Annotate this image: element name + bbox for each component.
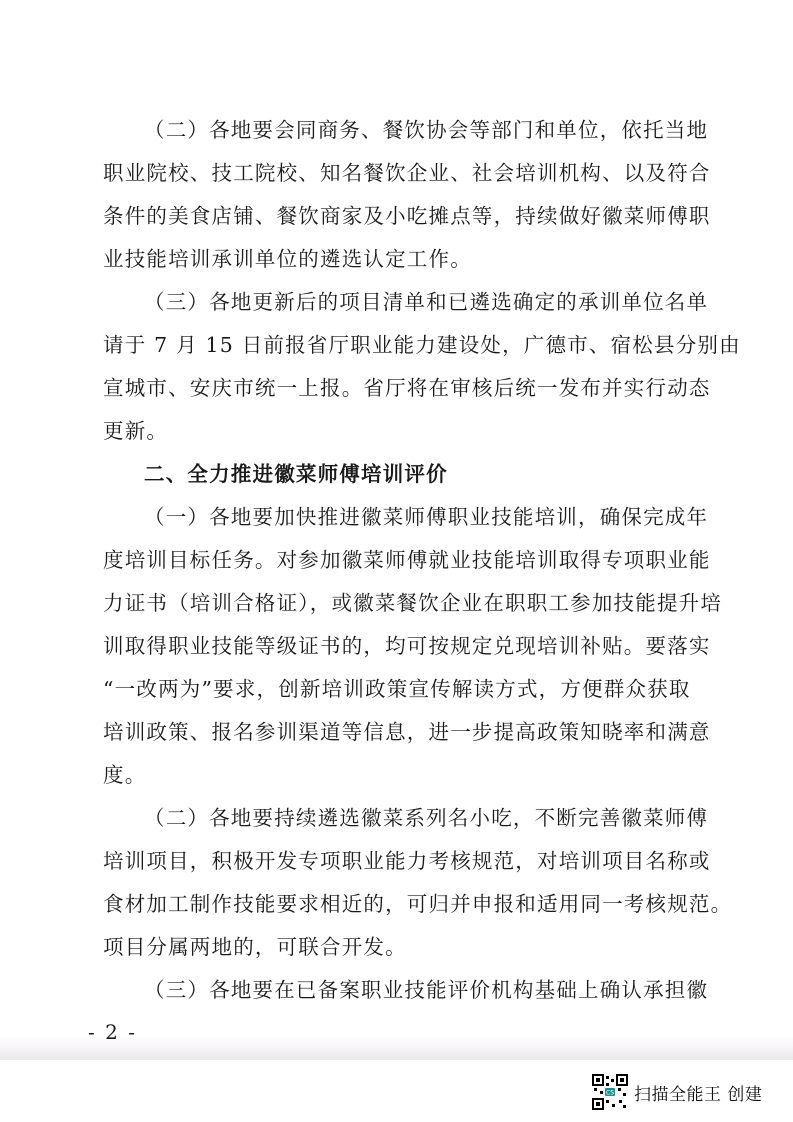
paragraph-line: （一）各地要加快推进徽菜师傅职业技能培训，确保完成年 [144,505,744,529]
watermark-text: 扫描全能王 创建 [634,1080,762,1105]
svg-text:CS: CS [606,1090,614,1097]
page-number: - 2 - [88,1020,137,1044]
paragraph-line: （三）各地要在已备案职业技能评价机构基础上确认承担徽 [144,978,744,1002]
paragraph-line: “一改两为”要求，创新培训政策宣传解读方式，方便群众获取 [103,677,703,701]
paragraph-line: （二）各地要会同商务、餐饮协会等部门和单位，依托当地 [144,118,744,142]
document-page: （二）各地要会同商务、餐饮协会等部门和单位，依托当地职业院校、技工院校、知名餐饮… [0,0,793,1122]
paragraph-line: 项目分属两地的，可联合开发。 [103,935,703,959]
paragraph-line: 食材加工制作技能要求相近的，可归并申报和适用同一考核规范。 [103,892,703,916]
qr-code-icon: CS [592,1074,628,1110]
paragraph-line: 培训项目，积极开发专项职业能力考核规范，对培训项目名称或 [103,849,703,873]
paragraph-line: 培训政策、报名参训渠道等信息，进一步提高政策知晓率和满意 [103,720,703,744]
paragraph-line: 条件的美食店铺、餐饮商家及小吃摊点等，持续做好徽菜师傅职 [103,204,703,228]
paragraph-line: （二）各地要持续遴选徽菜系列名小吃，不断完善徽菜师傅 [144,806,744,830]
paragraph-line: 训取得职业技能等级证书的，均可按规定兑现培训补贴。要落实 [103,634,703,658]
paragraph-line: 宣城市、安庆市统一上报。省厅将在审核后统一发布并实行动态 [103,376,703,400]
paragraph-line: 力证书（培训合格证），或徽菜餐饮企业在职职工参加技能提升培 [103,591,703,615]
section-heading: 二、全力推进徽菜师傅培训评价 [144,462,744,486]
paragraph-line: 请于 7 月 15 日前报省厅职业能力建设处，广德市、宿松县分别由 [103,333,703,357]
paragraph-line: 度培训目标任务。对参加徽菜师傅就业技能培训取得专项职业能 [103,548,703,572]
paragraph-line: （三）各地更新后的项目清单和已遴选确定的承训单位名单 [144,290,744,314]
paragraph-line: 业技能培训承训单位的遴选认定工作。 [103,247,703,271]
paragraph-line: 度。 [103,763,703,787]
paragraph-line: 职业院校、技工院校、知名餐饮企业、社会培训机构、以及符合 [103,161,703,185]
scanner-watermark: CS 扫描全能王 创建 [592,1074,762,1110]
paragraph-line: 更新。 [103,419,703,443]
